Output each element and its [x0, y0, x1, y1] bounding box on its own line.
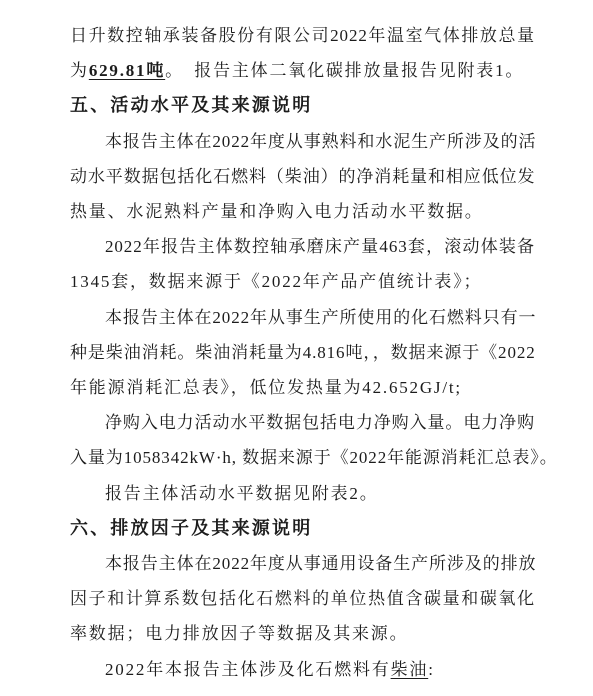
- diesel-fuel-term: 柴油: [391, 660, 429, 679]
- power-para-line-2: 入量为1058342kW·h, 数据来源于《2022年能源消耗汇总表》。: [70, 440, 535, 475]
- emission-factor-para-line-1: 本报告主体在2022年度从事通用设备生产所涉及的排放: [70, 546, 535, 581]
- section-5-heading: 五、活动水平及其来源说明: [70, 88, 535, 123]
- fuel-para-line-1: 本报告主体在2022年从事生产所使用的化石燃料只有一: [70, 300, 535, 335]
- activity-para-line-1: 本报告主体在2022年度从事熟料和水泥生产所涉及的活: [70, 124, 535, 159]
- diesel-line-suffix: :: [428, 660, 435, 679]
- fuel-para-line-2: 种是柴油消耗。柴油消耗量为4.816吨，，数据来源于《2022: [70, 335, 535, 370]
- total-emissions-value: 629.81吨: [89, 61, 165, 80]
- intro-total-suffix: 。 报告主体二氧化碳排放量报告见附表1。: [165, 61, 524, 80]
- report-document-page: 日升数控轴承装备股份有限公司2022年温室气体排放总量 为629.81吨。 报告…: [0, 0, 593, 696]
- intro-continuation-line: 日升数控轴承装备股份有限公司2022年温室气体排放总量: [70, 18, 535, 53]
- production-para-line-2: 1345套，数据来源于《2022年产品产值统计表》；: [70, 264, 535, 299]
- intro-total-emissions-line: 为629.81吨。 报告主体二氧化碳排放量报告见附表1。: [70, 53, 535, 88]
- document-content: 日升数控轴承装备股份有限公司2022年温室气体排放总量 为629.81吨。 报告…: [0, 0, 593, 687]
- appendix2-reference-line: 报告主体活动水平数据见附表2。: [70, 476, 535, 511]
- activity-para-line-3: 热量、水泥熟料产量和净购入电力活动水平数据。: [70, 194, 535, 229]
- activity-para-line-2: 动水平数据包括化石燃料（柴油）的净消耗量和相应低位发: [70, 159, 535, 194]
- diesel-line-prefix: 2022年本报告主体涉及化石燃料有: [105, 660, 391, 679]
- power-para-line-1: 净购入电力活动水平数据包括电力净购入量。电力净购: [70, 405, 535, 440]
- emission-factor-para-line-3: 率数据；电力排放因子等数据及其来源。: [70, 616, 535, 651]
- fuel-para-line-3: 年能源消耗汇总表》，低位发热量为42.652GJ/t;: [70, 370, 535, 405]
- section-6-heading: 六、排放因子及其来源说明: [70, 511, 535, 546]
- diesel-fuel-line: 2022年本报告主体涉及化石燃料有柴油:: [70, 652, 535, 687]
- intro-total-prefix: 为: [70, 61, 89, 80]
- production-para-line-1: 2022年报告主体数控轴承磨床产量463套，滚动体装备: [70, 229, 535, 264]
- emission-factor-para-line-2: 因子和计算系数包括化石燃料的单位热值含碳量和碳氧化: [70, 581, 535, 616]
